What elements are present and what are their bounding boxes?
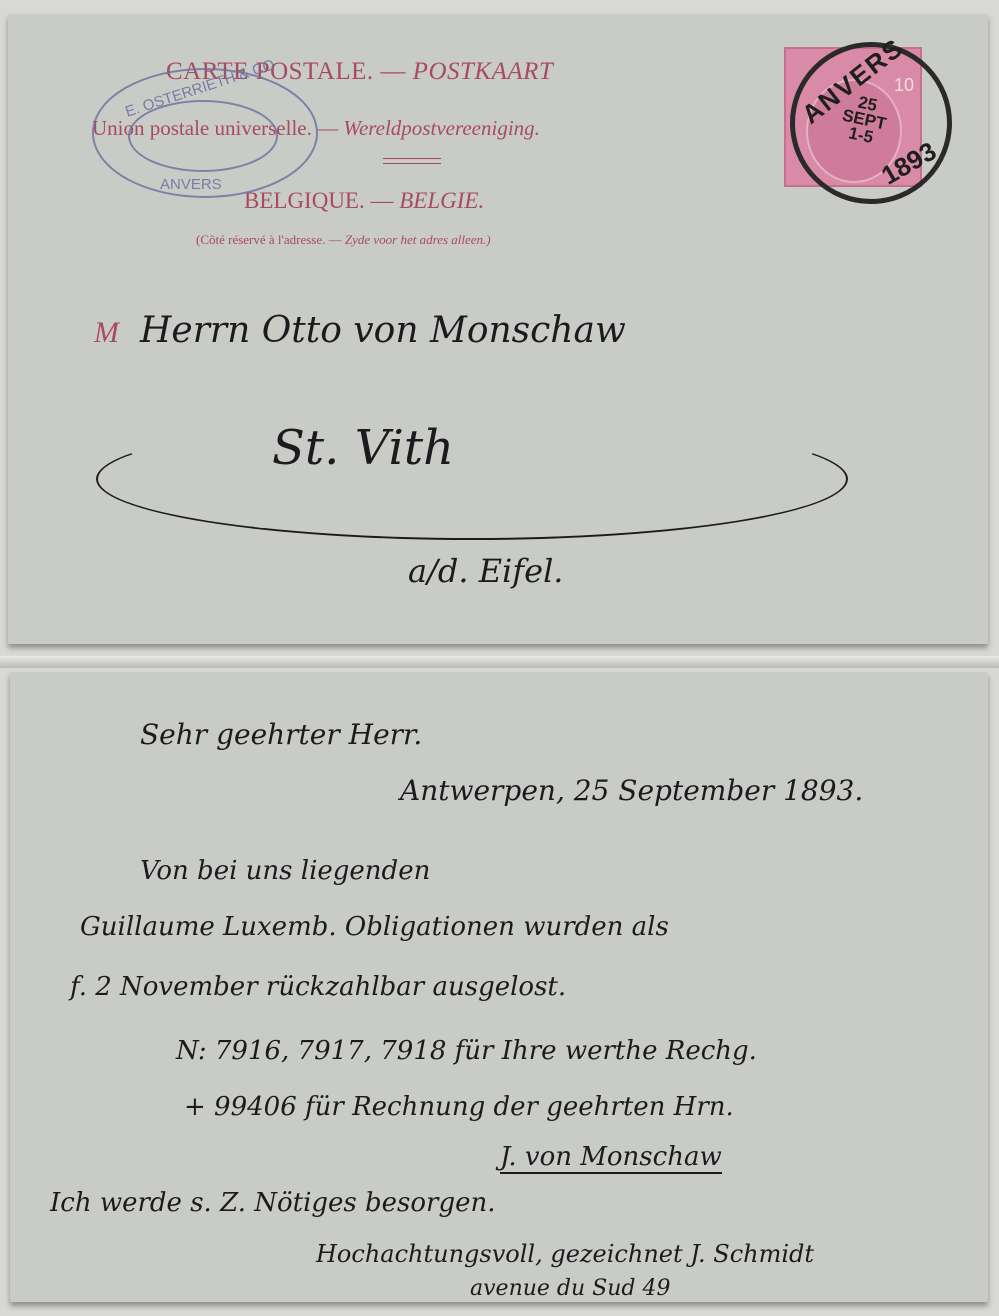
letter-line: Ich werde s. Z. Nötiges besorgen. bbox=[50, 1188, 496, 1218]
country-fr: BELGIQUE. — bbox=[244, 188, 393, 213]
address-note: (Côté réservé à l'adresse. — Zyde voor h… bbox=[196, 232, 491, 248]
cachet-city: ANVERS bbox=[160, 176, 222, 193]
heading-nl: POSTKAART bbox=[413, 58, 554, 85]
letter-address: avenue du Sud 49 bbox=[470, 1276, 670, 1301]
scan-divider bbox=[0, 656, 999, 668]
address-region: a/d. Eifel. bbox=[408, 552, 563, 590]
letter-signature: Hochachtungsvoll, gezeichnet J. Schmidt bbox=[316, 1240, 814, 1268]
letter-line: J. von Monschaw bbox=[500, 1142, 722, 1174]
address-flourish bbox=[96, 418, 848, 540]
letter-salutation: Sehr geehrter Herr. bbox=[140, 718, 422, 751]
union-nl: Wereldpostvereeniging. bbox=[343, 116, 540, 140]
letter-line: Guillaume Luxemb. Obligationen wurden al… bbox=[80, 912, 669, 942]
address-note-nl: Zyde voor het adres alleen.) bbox=[345, 232, 491, 247]
address-note-fr: (Côté réservé à l'adresse. — bbox=[196, 232, 342, 247]
address-town: St. Vith bbox=[272, 420, 454, 476]
letter-line: f. 2 November rückzahlbar ausgelost. bbox=[70, 972, 566, 1002]
letter-place-date: Antwerpen, 25 September 1893. bbox=[400, 774, 863, 807]
double-rule bbox=[383, 158, 441, 164]
country-line: BELGIQUE. — BELGIE. bbox=[244, 188, 484, 214]
country-nl: BELGIE. bbox=[399, 188, 484, 213]
letter-line: + 99406 für Rechnung der geehrten Hrn. bbox=[184, 1092, 734, 1122]
address-recipient: Herrn Otto von Monschaw bbox=[140, 310, 626, 351]
letter-line: Von bei uns liegenden bbox=[140, 856, 430, 886]
letter-line: N: 7916, 7917, 7918 für Ihre werthe Rech… bbox=[176, 1036, 757, 1066]
address-prefix: M bbox=[94, 316, 119, 350]
